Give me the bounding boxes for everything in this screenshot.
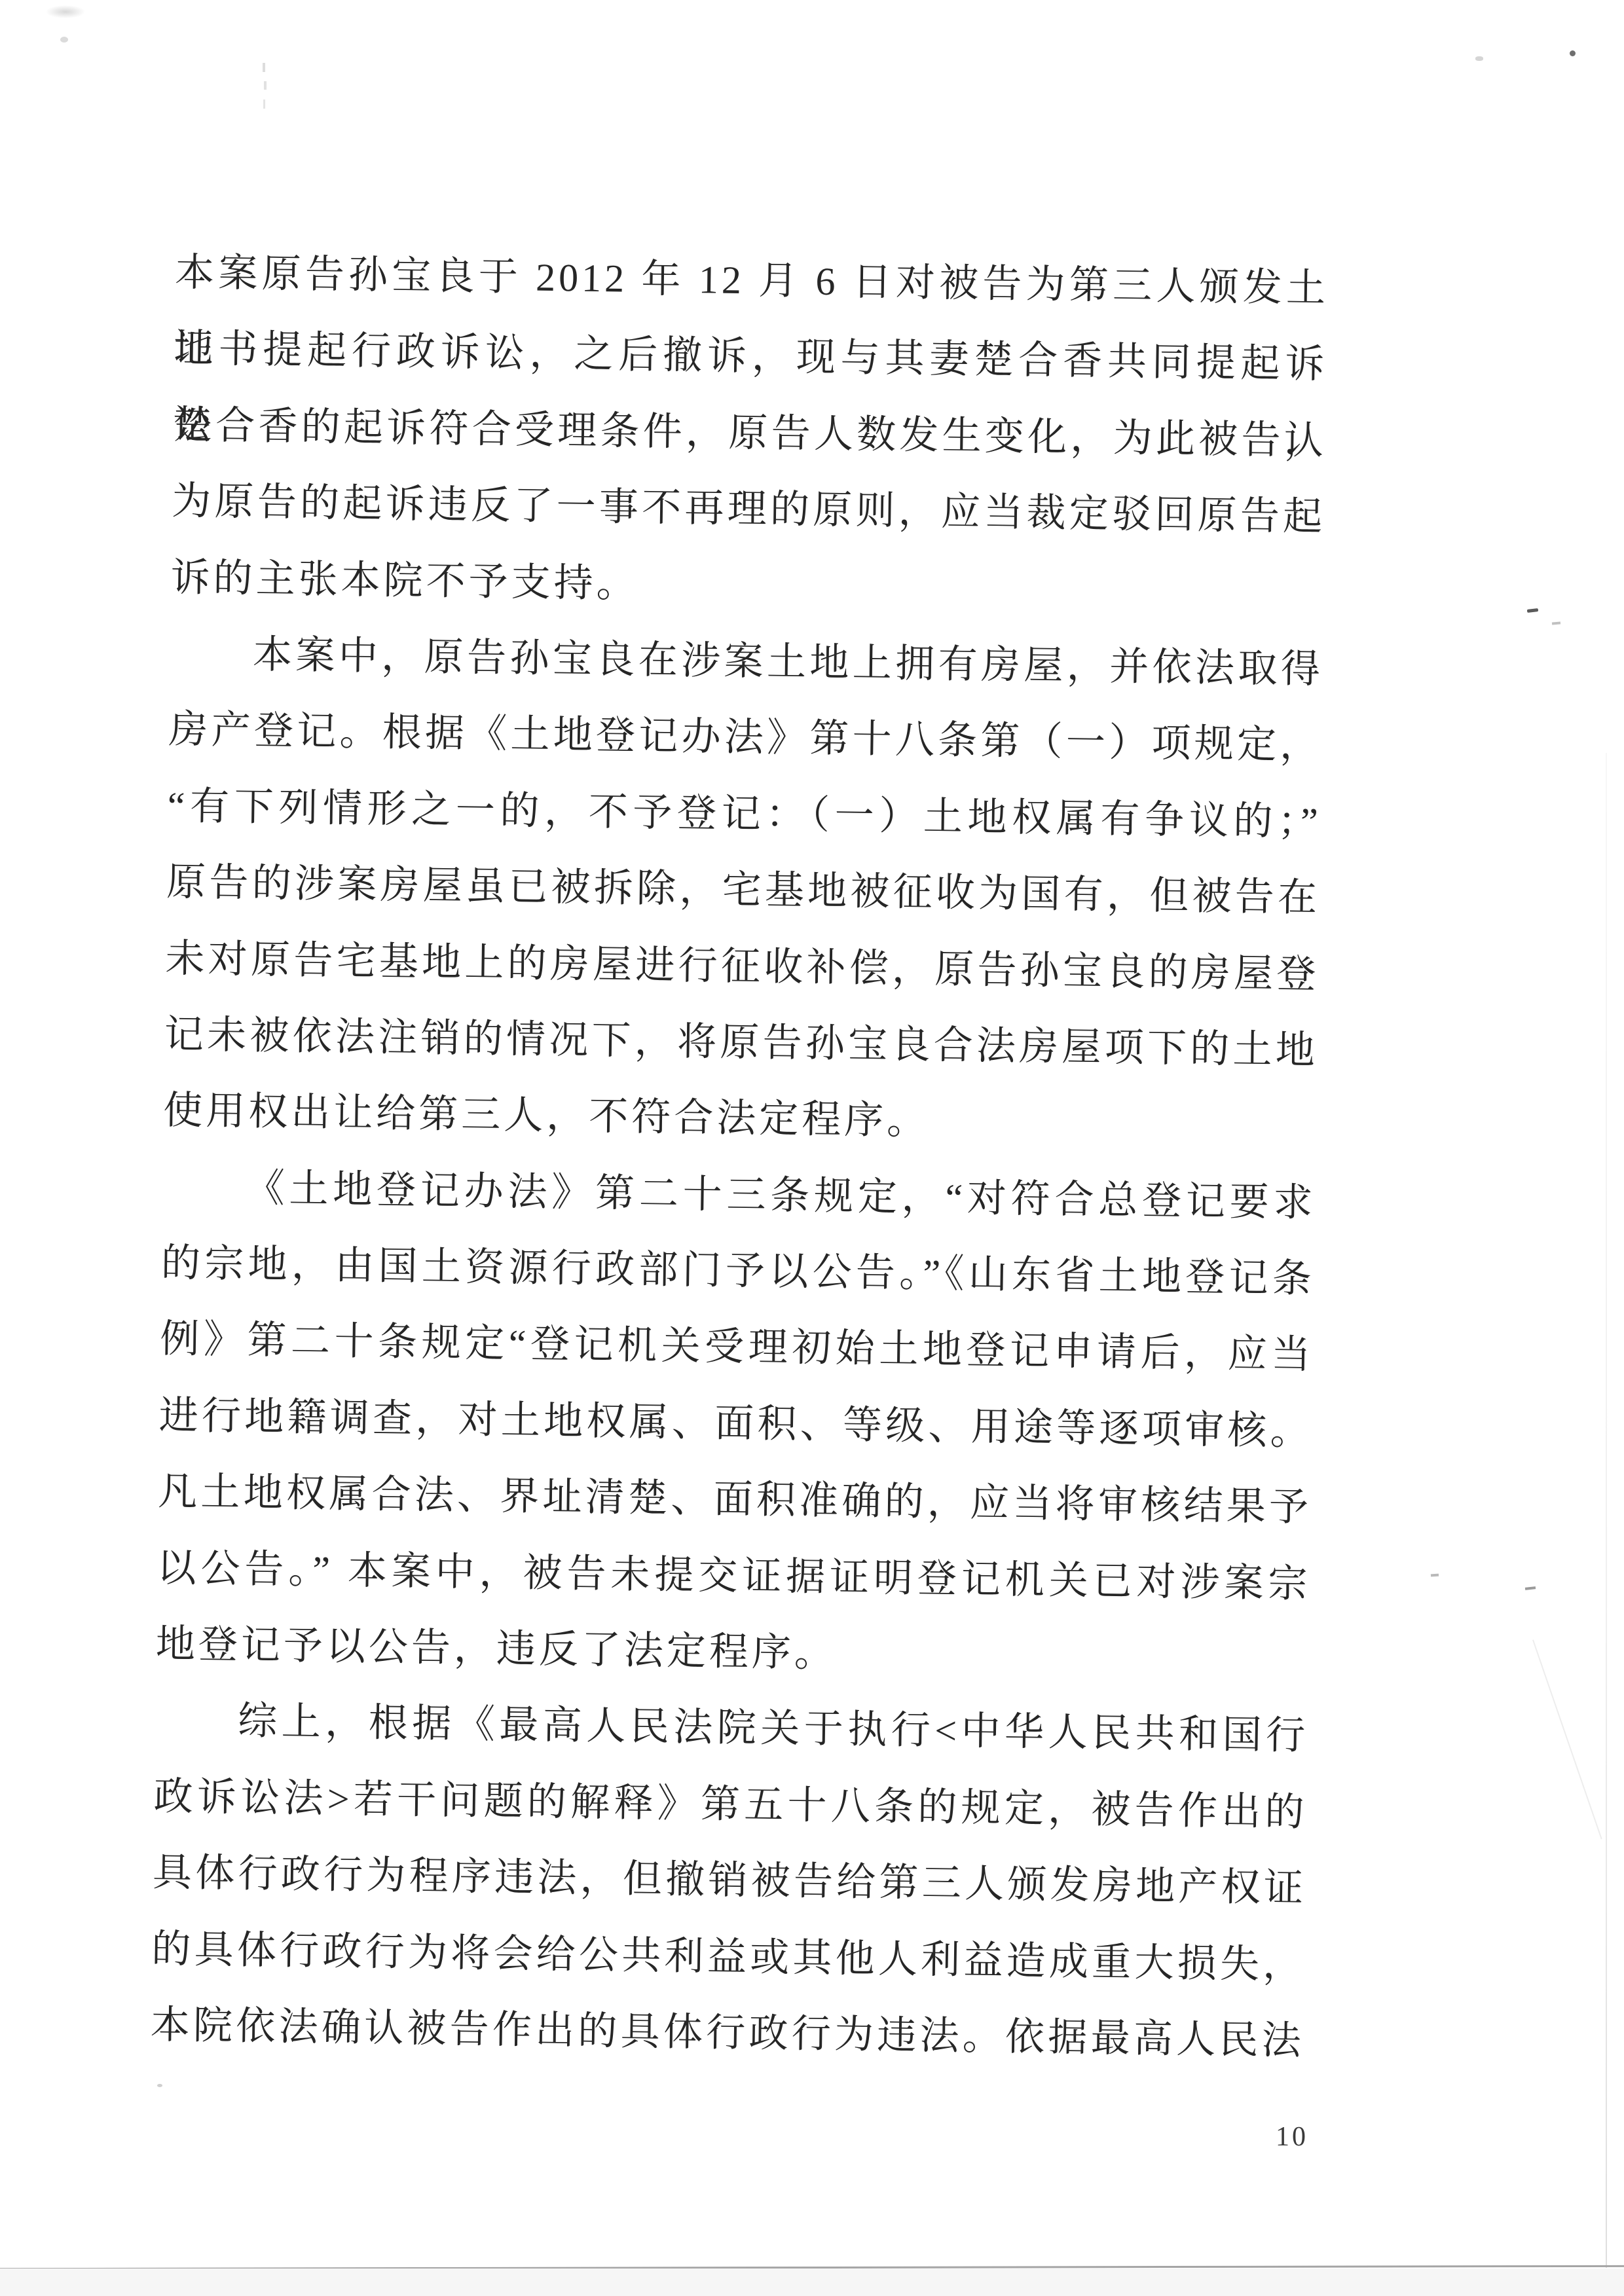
scan-speck (1431, 1574, 1439, 1577)
scan-speck (1527, 608, 1538, 613)
scanned-judgment-page: 本案原告孙宝良于 2012 年 12 月 6 日对被告为第三人颁发土地证书提起行… (0, 0, 1624, 2296)
judgment-body-text: 本案原告孙宝良于 2012 年 12 月 6 日对被告为第三人颁发土地证书提起行… (150, 234, 1329, 2079)
paper-bottom-edge (0, 2265, 1624, 2270)
scan-crease-diagonal (1532, 1639, 1602, 1839)
scan-speck (1525, 1586, 1536, 1590)
scan-crease-vertical (1606, 753, 1607, 2268)
scan-speck (1552, 621, 1560, 625)
scan-speck (157, 2084, 162, 2087)
scan-smudge (46, 5, 85, 18)
scanner-background-band (0, 2269, 1624, 2296)
scan-speck (263, 100, 265, 109)
scan-speck (1475, 56, 1483, 61)
page-number: 10 (1276, 2121, 1308, 2153)
scan-speck (1570, 50, 1576, 56)
text-line: 本院依法确认被告作出的具体行政行为违法。依据最高人民法 (150, 1987, 1304, 2079)
scan-speck (263, 63, 265, 72)
scan-speck (264, 81, 267, 90)
scan-speck (60, 37, 68, 43)
